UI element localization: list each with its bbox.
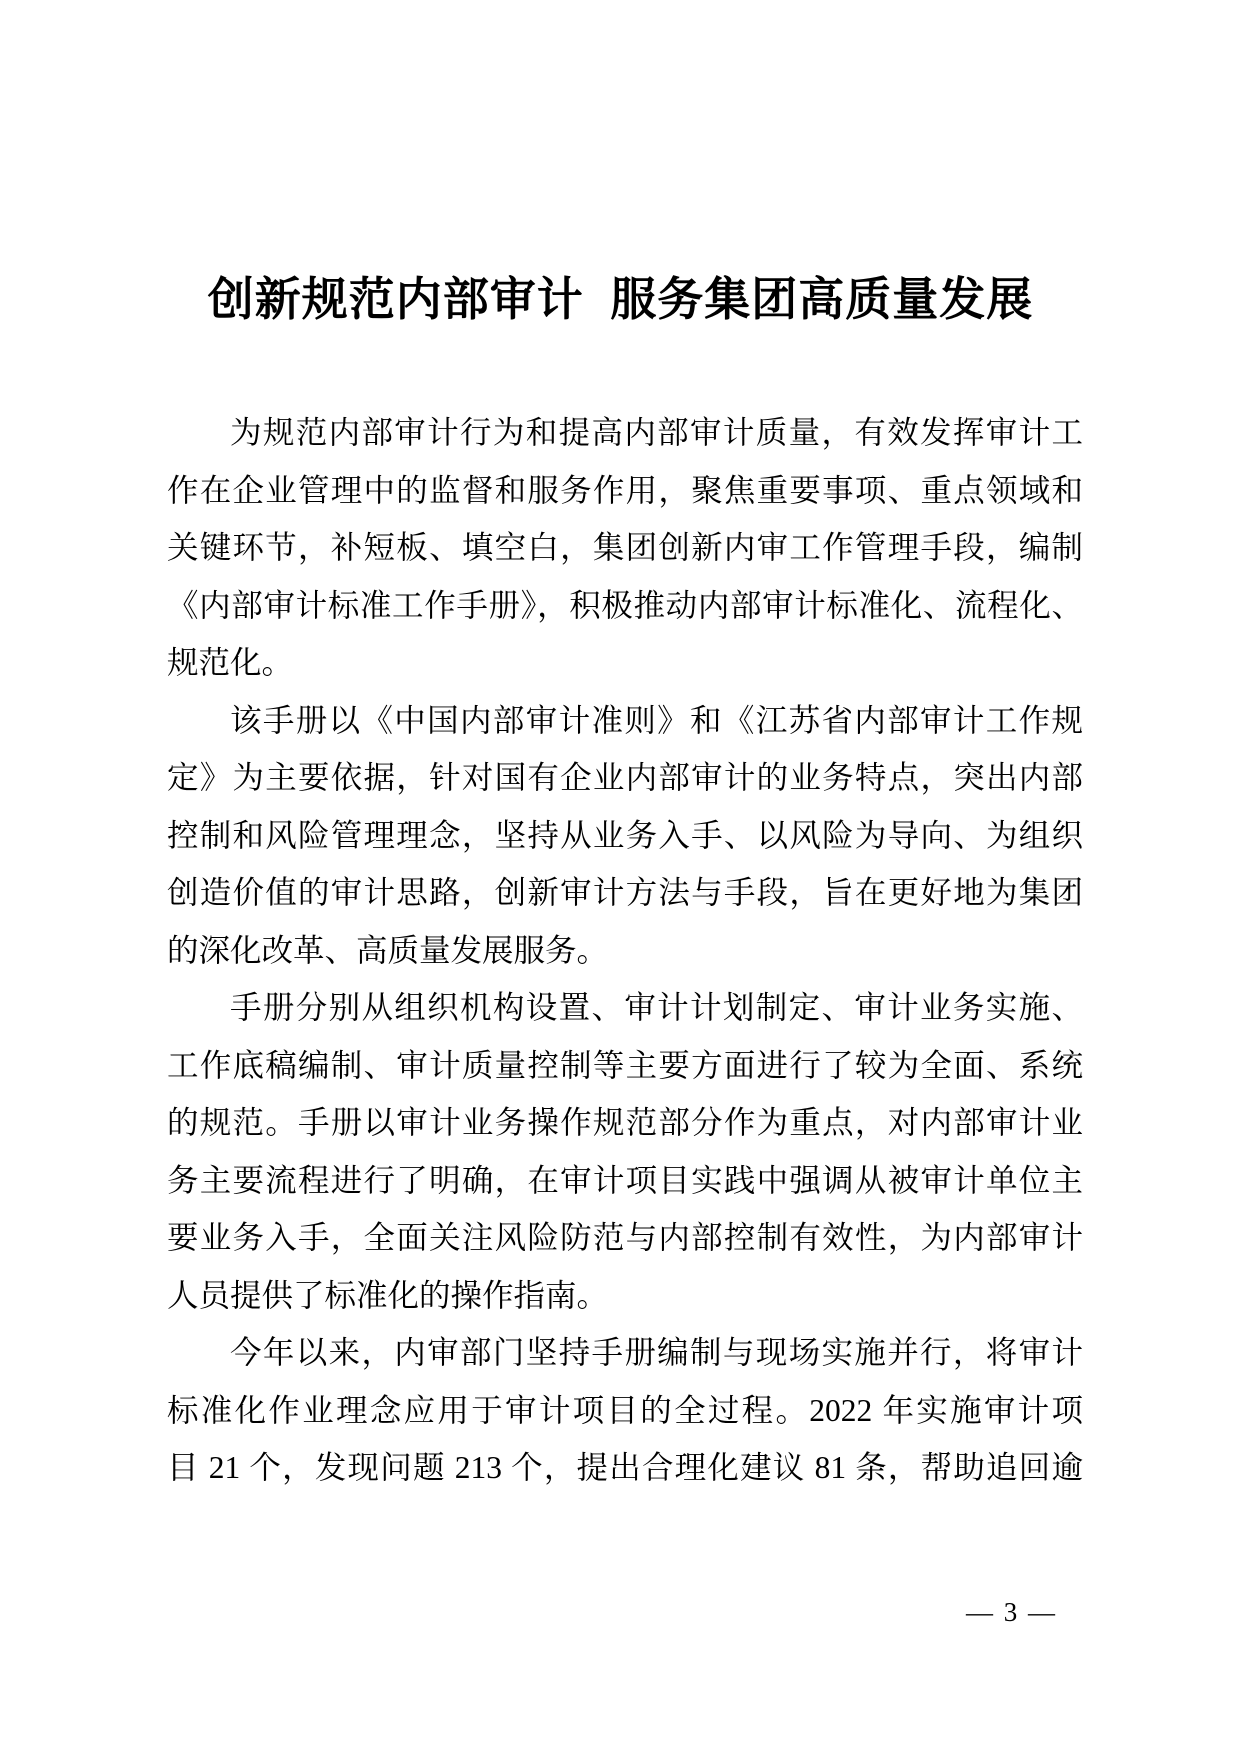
text-line: 创造价值的审计思路，创新审计方法与手段，旨在更好地为集团 <box>167 864 1083 922</box>
text-line: 作在企业管理中的监督和服务作用，聚焦重要事项、重点领域和 <box>167 462 1083 520</box>
document-page: 创新规范内部审计 服务集团高质量发展 为规范内部审计行为和提高内部审计质量，有效… <box>0 0 1241 1755</box>
text-line: 的规范。手册以审计业务操作规范部分作为重点，对内部审计业 <box>167 1094 1083 1152</box>
text-line: 该手册以《中国内部审计准则》和《江苏省内部审计工作规 <box>167 692 1083 750</box>
paragraph: 为规范内部审计行为和提高内部审计质量，有效发挥审计工作在企业管理中的监督和服务作… <box>167 404 1083 692</box>
text-line: 目 21 个，发现问题 213 个，提出合理化建议 81 条，帮助追回逾 <box>167 1439 1083 1497</box>
document-title: 创新规范内部审计 服务集团高质量发展 <box>0 272 1241 328</box>
text-line: 今年以来，内审部门坚持手册编制与现场实施并行，将审计 <box>167 1324 1083 1382</box>
paragraph: 该手册以《中国内部审计准则》和《江苏省内部审计工作规定》为主要依据，针对国有企业… <box>167 692 1083 980</box>
text-line: 关键环节，补短板、填空白，集团创新内审工作管理手段，编制 <box>167 519 1083 577</box>
paragraph: 手册分别从组织机构设置、审计计划制定、审计业务实施、工作底稿编制、审计质量控制等… <box>167 979 1083 1324</box>
text-line: 控制和风险管理理念，坚持从业务入手、以风险为导向、为组织 <box>167 807 1083 865</box>
text-line: 规范化。 <box>167 634 1083 692</box>
text-line: 为规范内部审计行为和提高内部审计质量，有效发挥审计工 <box>167 404 1083 462</box>
text-line: 要业务入手，全面关注风险防范与内部控制有效性，为内部审计 <box>167 1209 1083 1267</box>
document-body: 为规范内部审计行为和提高内部审计质量，有效发挥审计工作在企业管理中的监督和服务作… <box>167 404 1083 1497</box>
text-line: 定》为主要依据，针对国有企业内部审计的业务特点，突出内部 <box>167 749 1083 807</box>
paragraph: 今年以来，内审部门坚持手册编制与现场实施并行，将审计标准化作业理念应用于审计项目… <box>167 1324 1083 1497</box>
text-line: 《内部审计标准工作手册》，积极推动内部审计标准化、流程化、 <box>167 577 1083 635</box>
text-line: 工作底稿编制、审计质量控制等主要方面进行了较为全面、系统 <box>167 1037 1083 1095</box>
text-line: 标准化作业理念应用于审计项目的全过程。2022 年实施审计项 <box>167 1382 1083 1440</box>
page-number: — 3 — <box>966 1594 1057 1630</box>
text-line: 人员提供了标准化的操作指南。 <box>167 1267 1083 1325</box>
text-line: 的深化改革、高质量发展服务。 <box>167 922 1083 980</box>
text-line: 务主要流程进行了明确，在审计项目实践中强调从被审计单位主 <box>167 1152 1083 1210</box>
text-line: 手册分别从组织机构设置、审计计划制定、审计业务实施、 <box>167 979 1083 1037</box>
